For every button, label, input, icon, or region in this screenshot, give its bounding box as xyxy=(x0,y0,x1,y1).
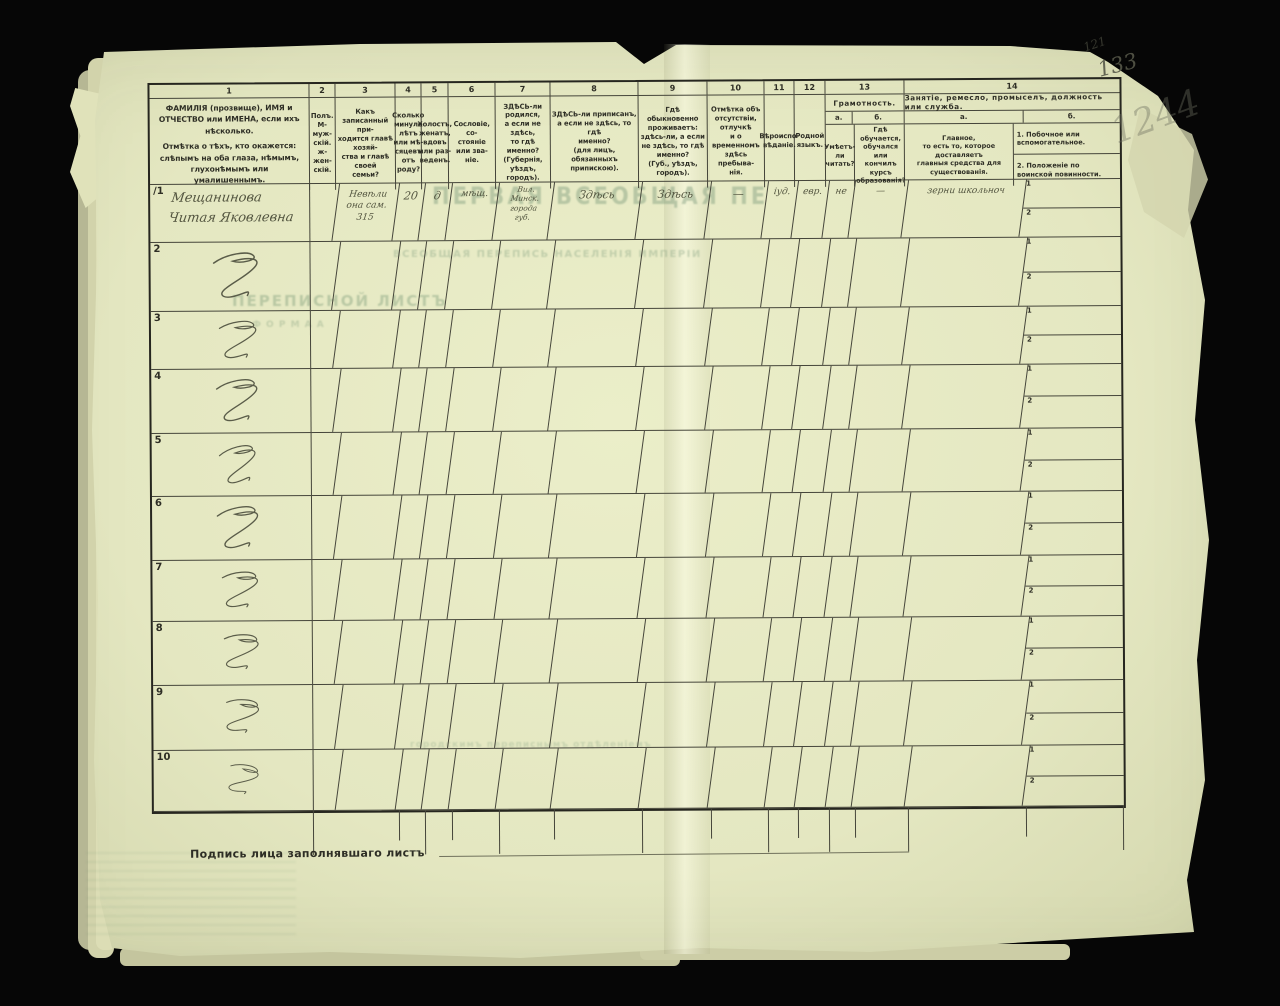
cell-birthplace xyxy=(495,620,558,683)
ditto-flourish-mark xyxy=(198,248,288,303)
sub-cell-1: 1 xyxy=(1023,237,1120,271)
column-line-tail xyxy=(554,810,555,840)
cell-residence xyxy=(639,748,716,808)
ditto-flourish-mark xyxy=(202,564,289,616)
cell-side-occupation: 1 2 xyxy=(1025,491,1122,555)
sub-cell-2: 2 xyxy=(1023,207,1120,237)
cell-birthplace xyxy=(495,684,559,748)
sub-cell-1: 1 xyxy=(1025,555,1122,585)
cell-side-occupation: 1 2 xyxy=(1026,616,1123,680)
cell-relation xyxy=(334,495,402,558)
table-row: ∕1 Мещанинова Читая Яковлевна Невѣли она… xyxy=(150,179,1120,243)
cell-residence xyxy=(638,619,715,682)
sub-cell-2: 2 xyxy=(1026,647,1123,680)
sub-cell-1: 1 xyxy=(1025,491,1122,523)
ditto-flourish-mark xyxy=(198,315,290,365)
sub-row-1-label: 1 xyxy=(1028,429,1033,437)
cell-education xyxy=(850,492,911,555)
header-residence: Гдѣ обыкновенно проживаетъ: здѣсь-ли, а … xyxy=(639,96,709,188)
ditto-flourish-mark xyxy=(200,502,290,553)
cell-side-occupation: 1 2 xyxy=(1026,680,1123,745)
table-row: 10 1 2 xyxy=(154,745,1124,812)
sub-row-1-label: 1 xyxy=(1029,617,1034,625)
sub-row-2-label: 2 xyxy=(1029,713,1034,721)
cell-side-occupation: 1 2 xyxy=(1025,555,1122,616)
cell-name: 5 xyxy=(152,433,312,496)
column-line-tail xyxy=(1026,807,1027,837)
cell-residence xyxy=(637,494,714,557)
sub-row-2-label: 2 xyxy=(1028,460,1033,468)
column-number: 12 xyxy=(794,81,825,94)
column-number: 2 xyxy=(309,84,335,97)
cell-registration xyxy=(548,367,644,431)
handwritten-name xyxy=(153,685,313,690)
sub-cell-1: 1 xyxy=(1026,680,1123,712)
header-occupation-title: Занятіе, ремесло, промыселъ, должность и… xyxy=(905,93,1120,111)
sub-row-1-label: 1 xyxy=(1027,307,1032,315)
header-native-language: Родной языкъ. xyxy=(795,95,827,187)
cell-registration: Здѣсь xyxy=(547,182,643,240)
cell-estate: мѣщ. xyxy=(445,183,500,240)
column-number: 10 xyxy=(707,81,764,94)
scanned-census-page-photo: ПЕРВАЯ ВСЕОБЩАЯ ПЕ ВСЕОБЩАЯ ПЕРЕПИСЬ НАС… xyxy=(0,0,1280,1006)
cell-name: 2 xyxy=(150,242,310,311)
handwritten-name xyxy=(151,311,311,316)
column-line-tail xyxy=(452,810,453,840)
cell-registration xyxy=(547,240,644,309)
column-number: 1 xyxy=(149,84,309,98)
column-line-tail xyxy=(711,809,712,839)
cell-birthplace xyxy=(494,432,557,494)
column-line-tail xyxy=(798,808,799,838)
ditto-flourish-mark xyxy=(203,439,287,490)
cell-relation: Невѣли она сам. 315 xyxy=(332,183,400,240)
column-number: 4 xyxy=(395,83,421,96)
cell-name: 7 xyxy=(152,560,312,621)
signature-line xyxy=(439,852,909,858)
cell-main-occupation: зерни школьноч xyxy=(901,180,1027,238)
sub-cell-2: 2 xyxy=(1024,334,1121,364)
cell-relation xyxy=(335,684,404,748)
column-number: 6 xyxy=(448,83,495,96)
header-religion: Вѣроиспо- вѣданіе. xyxy=(765,95,796,187)
header-sex: Полъ. М-муж- скій. ж-жен- скій. xyxy=(310,98,337,190)
table-row: 9 1 2 xyxy=(153,680,1123,751)
sub-row-2-label: 2 xyxy=(1027,397,1032,405)
cell-name: 3 xyxy=(151,311,311,369)
cell-absence-note xyxy=(708,747,773,807)
column-number: 3 xyxy=(335,83,395,96)
cell-side-occupation: 1 2 xyxy=(1024,306,1121,364)
sub-row-1-label: 1 xyxy=(1027,365,1032,373)
header-absence-note: Отмѣтка объ отсутствіи, отлучкѣ и о врем… xyxy=(708,95,766,187)
cell-name: ∕1 Мещанинова Читая Яковлевна xyxy=(150,184,310,242)
sub-row-1-label: 1 xyxy=(1026,238,1031,246)
sub-row-1-label: 1 xyxy=(1028,492,1033,500)
cell-side-occupation: 1 2 xyxy=(1024,364,1121,428)
header-surname-line1: ФАМИЛІЯ (прозвище), ИМЯ и ОТЧЕСТВО или И… xyxy=(154,102,305,137)
sub-cell-2: 2 xyxy=(1027,775,1124,806)
pencil-faint-number: 121 xyxy=(1082,34,1108,54)
table-row: 6 1 2 xyxy=(152,491,1122,561)
ditto-flourish-mark xyxy=(207,689,287,746)
cell-name: 9 xyxy=(153,685,313,750)
header-marital-status: Холостъ, женатъ, вдовъ или раз- веденъ. xyxy=(422,97,450,189)
cell-main-occupation xyxy=(902,307,1028,365)
cell-birthplace xyxy=(493,368,556,431)
cell-education xyxy=(848,238,910,306)
cell-absence-note xyxy=(707,618,772,681)
cell-registration xyxy=(551,748,647,809)
census-form-table: 1 2 3 4 5 6 7 8 9 10 11 12 13 14 ФАМИЛІЯ… xyxy=(147,77,1125,814)
sub-cell-2: 2 xyxy=(1024,271,1121,306)
cell-name: 10 xyxy=(154,750,314,811)
sub-row-2-label: 2 xyxy=(1030,776,1035,784)
header-relation: Какъ записанный при- ходится главѣ хозяй… xyxy=(336,97,397,189)
header-birthplace: ЗДѢСЬ-ли родился, а если не здѣсь, то гд… xyxy=(496,97,552,189)
cell-birthplace xyxy=(496,749,559,809)
header-main-occupation: Главное, то есть то, которое доставляетъ… xyxy=(905,124,1014,186)
cell-absence-note xyxy=(705,366,770,429)
cell-main-occupation xyxy=(903,429,1029,492)
table-header-row: ФАМИЛІЯ (прозвище), ИМЯ и ОТЧЕСТВО или И… xyxy=(150,93,1121,185)
sub-row-2-label: 2 xyxy=(1026,209,1031,217)
cell-absence-note xyxy=(705,308,770,365)
table-row: 7 1 2 xyxy=(152,555,1122,622)
header-occupation-group: Занятіе, ремесло, промыселъ, должность и… xyxy=(905,93,1121,186)
cell-relation xyxy=(333,310,401,367)
cell-registration xyxy=(550,619,646,683)
column-line-tail xyxy=(399,810,400,840)
cell-residence xyxy=(638,683,716,747)
cell-residence: Здѣсь xyxy=(635,182,712,239)
cell-absence-note xyxy=(706,430,771,492)
cell-relation xyxy=(335,559,403,619)
cell-absence-note xyxy=(704,239,770,307)
table-body: ∕1 Мещанинова Читая Яковлевна Невѣли она… xyxy=(150,179,1124,812)
sub-cell-1: 1 xyxy=(1024,306,1121,335)
sub-cell-1: 1 xyxy=(1026,616,1123,648)
cell-registration xyxy=(549,431,645,494)
page-content: 1 2 3 4 5 6 7 8 9 10 11 12 13 14 ФАМИЛІЯ… xyxy=(0,0,1280,1006)
cell-estate xyxy=(448,559,503,619)
sub-row-1-label: 1 xyxy=(1026,180,1031,188)
cell-side-occupation: 1 2 xyxy=(1025,428,1122,491)
header-registration: ЗДѢСЬ-ли приписанъ, а если не здѣсь, то … xyxy=(551,96,640,188)
sub-row-2-label: 2 xyxy=(1029,649,1034,657)
cell-registration xyxy=(550,683,647,748)
cell-absence-note: — xyxy=(704,181,769,238)
table-row: 5 1 2 xyxy=(152,428,1122,497)
header-occupation-a-letter: а. xyxy=(905,111,1024,124)
header-literacy-b-letter: б. xyxy=(853,111,904,123)
cell-side-occupation: 1 2 xyxy=(1023,237,1120,306)
cell-birthplace xyxy=(494,495,557,558)
cell-relation xyxy=(333,368,401,431)
cell-education xyxy=(851,681,913,745)
cell-registration xyxy=(550,558,646,619)
cell-relation xyxy=(332,241,401,309)
cell-residence xyxy=(636,309,713,366)
sub-row-2-label: 2 xyxy=(1028,524,1033,532)
cell-registration xyxy=(548,309,644,367)
cell-main-occupation xyxy=(905,746,1031,807)
signature-row: Подпись лица заполнявшаго листъ xyxy=(190,843,909,860)
cell-absence-note xyxy=(707,682,773,746)
header-literacy-group: Грамотность. а. б. Умѣетъ- ли читать? Гд… xyxy=(826,94,906,186)
cell-birthplace: Вил. Минск. города губ. xyxy=(492,183,555,240)
cell-estate xyxy=(446,310,501,367)
ditto-flourish-mark xyxy=(205,625,288,680)
cell-absence-note xyxy=(707,557,772,617)
pencil-page-number: 133 xyxy=(1095,48,1140,81)
column-line-tail xyxy=(1123,806,1124,850)
cell-name: 8 xyxy=(153,621,313,685)
cell-name: 6 xyxy=(152,496,312,560)
column-number: 14 xyxy=(904,79,1119,93)
cell-main-occupation xyxy=(901,238,1028,307)
cell-main-occupation xyxy=(904,681,1031,746)
sub-cell-1: 1 xyxy=(1024,364,1121,396)
cell-education xyxy=(850,429,911,491)
cell-name: 4 xyxy=(151,369,311,433)
header-can-read: Умѣетъ- ли читать? xyxy=(826,125,855,187)
header-estate: Сословіе, со- стояніе или зва- ніе. xyxy=(449,97,497,189)
handwritten-name xyxy=(151,369,311,374)
cell-side-occupation: 1 2 xyxy=(1027,745,1124,806)
header-surname: ФАМИЛІЯ (прозвище), ИМЯ и ОТЧЕСТВО или И… xyxy=(150,98,311,191)
cell-education xyxy=(852,746,913,806)
sub-cell-2: 2 xyxy=(1025,522,1122,555)
cell-main-occupation xyxy=(904,617,1030,681)
column-number: 5 xyxy=(421,83,448,96)
ditto-flourish-mark xyxy=(209,752,285,809)
sub-row-2-label: 2 xyxy=(1027,336,1032,344)
header-literacy-title: Грамотность. xyxy=(826,94,904,111)
cell-birthplace xyxy=(492,241,556,309)
sub-cell-1: 1 xyxy=(1023,179,1120,208)
cell-estate xyxy=(447,432,502,494)
sub-row-1-label: 1 xyxy=(1028,556,1033,564)
sub-cell-2: 2 xyxy=(1026,712,1123,745)
cell-education xyxy=(849,365,910,428)
cell-residence xyxy=(635,240,713,308)
cell-main-occupation xyxy=(903,556,1029,617)
signature-label: Подпись лица заполнявшаго листъ xyxy=(190,846,425,860)
header-side-occupation: 1. Побочное или вспомогательное. xyxy=(1014,123,1120,155)
sub-row-2-label: 2 xyxy=(1027,272,1032,280)
ditto-flourish-mark xyxy=(199,375,289,426)
cell-education xyxy=(851,556,912,616)
cell-residence xyxy=(636,367,713,430)
cell-estate xyxy=(449,749,504,809)
sub-cell-1: 1 xyxy=(1025,428,1122,459)
table-row: 4 1 2 xyxy=(151,364,1121,434)
cell-relation xyxy=(335,620,403,683)
header-literacy-a-letter: а. xyxy=(826,112,853,124)
handwritten-name xyxy=(152,560,312,565)
sub-row-1-label: 1 xyxy=(1029,681,1034,689)
column-number: 13 xyxy=(825,80,904,93)
header-education: Гдѣ обучается, обучался или кончилъ курс… xyxy=(855,124,907,186)
sub-cell-2: 2 xyxy=(1026,585,1123,616)
cell-absence-note xyxy=(706,493,771,556)
column-number: 11 xyxy=(764,81,794,94)
column-number: 7 xyxy=(495,83,550,96)
sub-row-2-label: 2 xyxy=(1029,586,1034,594)
cell-relation xyxy=(336,749,404,809)
cell-relation xyxy=(334,432,402,494)
cell-education xyxy=(849,307,910,364)
sub-cell-2: 2 xyxy=(1025,459,1122,491)
table-row: 3 1 2 xyxy=(151,306,1121,370)
handwritten-name xyxy=(152,496,312,501)
handwritten-name xyxy=(151,433,311,438)
handwritten-name xyxy=(153,750,313,755)
handwritten-name: Мещанинова Читая Яковлевна xyxy=(147,184,312,229)
cell-main-occupation xyxy=(902,365,1028,429)
cell-side-occupation: 1 2 xyxy=(1023,179,1120,237)
sub-cell-1: 1 xyxy=(1027,745,1124,775)
cell-registration xyxy=(549,494,645,558)
cell-birthplace xyxy=(493,310,556,367)
column-number: 9 xyxy=(638,82,707,95)
column-number: 8 xyxy=(550,82,638,96)
table-row: 2 1 2 xyxy=(150,237,1120,312)
header-surname-line2: Отмѣтка о тѣхъ, кто окажется: слѣпымъ на… xyxy=(154,140,305,186)
cell-main-occupation xyxy=(903,492,1029,556)
sub-cell-2: 2 xyxy=(1024,395,1121,428)
cell-residence xyxy=(637,431,714,493)
sub-row-1-label: 1 xyxy=(1030,746,1035,754)
cell-residence xyxy=(638,558,715,618)
table-row: 8 1 2 xyxy=(153,616,1123,686)
handwritten-name xyxy=(150,242,310,247)
cell-birthplace xyxy=(495,559,558,619)
column-line-tail xyxy=(855,808,856,838)
cell-education: — xyxy=(848,180,909,237)
cell-education xyxy=(851,617,912,680)
handwritten-name xyxy=(152,621,312,626)
